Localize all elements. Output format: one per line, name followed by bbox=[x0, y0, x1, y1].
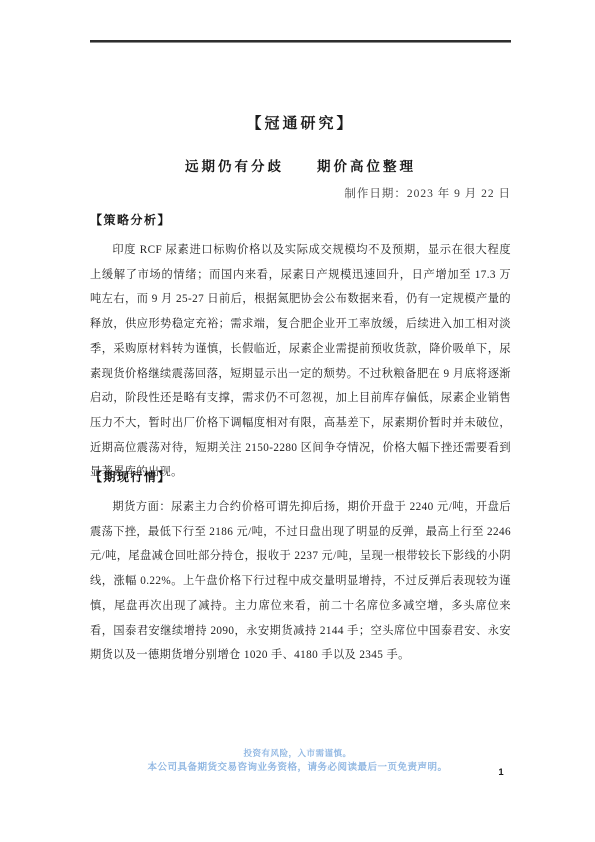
header-divider bbox=[90, 40, 511, 43]
footer-risk-warning: 投资有风险，入市需谨慎。 bbox=[0, 747, 595, 759]
page-number: 1 bbox=[494, 767, 508, 778]
report-title: 远期仍有分歧 期价高位整理 bbox=[90, 155, 511, 175]
paragraph-strategy-analysis: 印度 RCF 尿素进口标购价格以及实际成交规模均不及预期，显示在很大程度上缓解了… bbox=[90, 238, 511, 485]
report-page: 【冠通研究】 远期仍有分歧 期价高位整理 制作日期：2023 年 9 月 22 … bbox=[0, 0, 595, 842]
report-date: 制作日期：2023 年 9 月 22 日 bbox=[90, 185, 511, 201]
section-heading-futures-spot-market: 【期现行情】 bbox=[90, 468, 171, 485]
paragraph-futures-spot-market: 期货方面：尿素主力合约价格可谓先抑后扬，期价开盘于 2240 元/吨，开盘后震荡… bbox=[90, 495, 511, 668]
section-heading-strategy-analysis: 【策略分析】 bbox=[90, 211, 171, 228]
brand-title: 【冠通研究】 bbox=[90, 112, 511, 133]
